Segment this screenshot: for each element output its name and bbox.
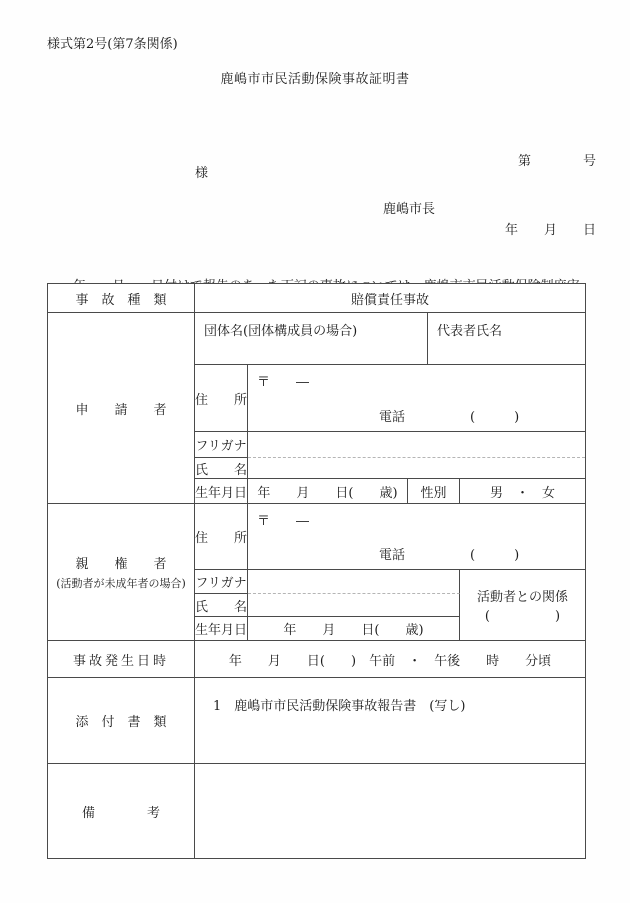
certificate-page: 様式第2号(第7条関係) 鹿嶋市市民活動保険事故証明書 第 号 年 月 日 様 … [0, 0, 630, 903]
accident-datetime-label: 事故発生日時 [48, 641, 195, 678]
guardian-furigana-field [248, 570, 460, 594]
attachments-label: 添 付 書 類 [48, 678, 195, 764]
guardian-furigana-label: フリガナ [195, 570, 248, 594]
guardian-relation-field: 活動者との関係 ( ) [460, 570, 585, 641]
guardian-name-field [248, 594, 460, 617]
guardian-label: 親 権 者 (活動者が未成年者の場合) [48, 504, 195, 641]
applicant-sex-label: 性別 [408, 479, 460, 504]
applicant-furigana-label: フリガナ [195, 432, 248, 458]
applicant-furigana-field [248, 432, 585, 458]
remarks-label: 備 考 [48, 764, 195, 858]
applicant-org-name-field: 団体名(団体構成員の場合) [195, 313, 428, 365]
applicant-address-field: 〒 ― 電話 ( ) [248, 365, 585, 432]
accident-type-value: 賠償責任事故 [195, 284, 585, 313]
addressee-honorific: 様 [195, 162, 208, 181]
guardian-phone-line: 電話 ( ) [248, 544, 585, 565]
applicant-postal-mark: 〒 ― [248, 369, 585, 390]
guardian-label-note: (活動者が未成年者の場合) [56, 575, 186, 591]
applicant-label: 申 請 者 [48, 313, 195, 504]
page-title: 鹿嶋市市民活動保険事故証明書 [0, 68, 630, 87]
guardian-name-label: 氏 名 [195, 594, 248, 617]
guardian-relation-label: 活動者との関係 [477, 586, 568, 605]
applicant-phone-line: 電話 ( ) [248, 406, 585, 427]
applicant-birthdate-field: 年 月 日( 歳) [248, 479, 408, 504]
guardian-birthdate-field: 年 月 日( 歳) [248, 617, 460, 641]
applicant-sex-field: 男 ・ 女 [460, 479, 585, 504]
sender-name: 鹿嶋市長 [383, 198, 435, 217]
guardian-label-text: 親 権 者 [75, 553, 166, 572]
applicant-name-field [248, 458, 585, 479]
applicant-rep-name-field: 代表者氏名 [428, 313, 585, 365]
applicant-birthdate-label: 生年月日 [195, 479, 248, 504]
applicant-address-label: 住 所 [195, 365, 248, 432]
attachments-value: 1 鹿嶋市市民活動保険事故報告書 (写し) [195, 678, 585, 764]
guardian-birthdate-label: 生年月日 [195, 617, 248, 641]
applicant-name-label: 氏 名 [195, 458, 248, 479]
remarks-field [195, 764, 585, 858]
guardian-address-field: 〒 ― 電話 ( ) [248, 504, 585, 570]
guardian-address-label: 住 所 [195, 504, 248, 570]
form-number: 様式第2号(第7条関係) [47, 33, 178, 52]
certificate-table: 事 故 種 類 賠償責任事故 申 請 者 団体名(団体構成員の場合) 代表者氏名… [47, 283, 586, 859]
accident-type-label: 事 故 種 類 [48, 284, 195, 313]
doc-number-line: 第 号 [505, 150, 596, 173]
guardian-postal-mark: 〒 ― [248, 508, 585, 529]
guardian-relation-parens: ( ) [485, 605, 560, 624]
accident-datetime-field: 年 月 日( ) 午前 ・ 午後 時 分頃 [195, 641, 585, 678]
